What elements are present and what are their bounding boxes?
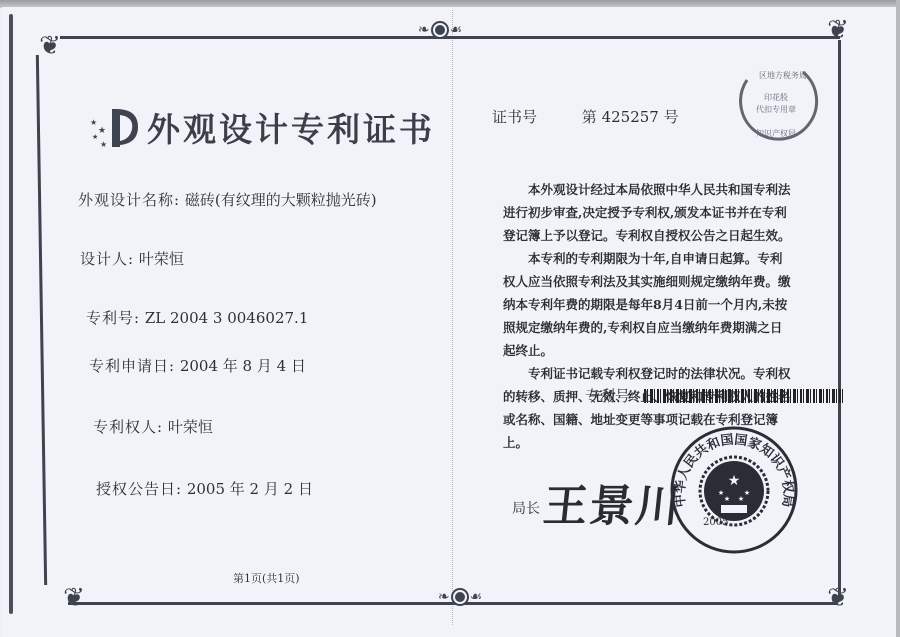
- svg-text:★: ★: [92, 133, 98, 141]
- patent-number-label: 专利号:: [86, 309, 140, 327]
- center-fold-line: [452, 10, 453, 625]
- barcode-label: 专利号: [585, 385, 630, 406]
- svg-text:知识产权局: 知识产权局: [756, 128, 796, 138]
- certificate-statement: 本外观设计经过本局依照中华人民共和国专利法进行初步审查,决定授予专利权,颁发本证…: [503, 178, 793, 454]
- design-name-value: 磁砖(有纹理的大颗粒抛光砖): [185, 191, 377, 209]
- field-design-name: 外观设计名称: 磁砖(有纹理的大颗粒抛光砖): [78, 189, 377, 210]
- svg-text:★: ★: [744, 489, 750, 497]
- svg-text:印花股: 印花股: [764, 92, 788, 102]
- copy-verification-stamp-icon: 印花股 代扣专用章 知识产权局 区地方税务局: [733, 60, 819, 146]
- svg-text:2005: 2005: [703, 517, 728, 528]
- paper-left-edge: [9, 14, 13, 614]
- field-patentee: 专利权人: 叶荣恒: [93, 416, 213, 437]
- director-signature: 王景川: [541, 470, 686, 534]
- svg-text:区地方税务局: 区地方税务局: [759, 70, 807, 80]
- director-signature-block: 局长 王景川: [512, 470, 682, 534]
- corner-ornament-top-left-icon: ❦: [34, 30, 66, 62]
- certificate-number: 证书号 第 425257 号: [492, 106, 679, 127]
- corner-ornament-bottom-left-icon: ❦: [58, 582, 90, 614]
- designer-label: 设计人:: [80, 250, 134, 268]
- statement-paragraph: 本外观设计经过本局依照中华人民共和国专利法进行初步审查,决定授予专利权,颁发本证…: [503, 178, 793, 247]
- field-designer: 设计人: 叶荣恒: [80, 248, 184, 269]
- scanner-edge-right: [896, 0, 900, 637]
- design-name-label: 外观设计名称:: [78, 191, 180, 209]
- official-seal-icon: 中华人民共和国国家知识产权局 ★ ★ ★ ★ ★ 2005: [669, 425, 799, 555]
- field-application-date: 专利申请日: 2004 年 8 月 4 日: [89, 355, 306, 376]
- patentee-label: 专利权人:: [93, 418, 163, 436]
- certificate-number-label: 证书号: [492, 108, 537, 126]
- director-label: 局长: [512, 498, 540, 518]
- patentee-value: 叶荣恒: [168, 418, 213, 436]
- patent-number-value: ZL 2004 3 0046027.1: [145, 309, 309, 327]
- certificate-number-value: 第 425257 号: [582, 108, 679, 126]
- svg-text:★: ★: [738, 495, 744, 503]
- svg-text:★: ★: [728, 473, 741, 489]
- frame-right-border: [838, 40, 841, 600]
- svg-text:★: ★: [98, 126, 106, 136]
- designer-value: 叶荣恒: [139, 250, 184, 268]
- corner-ornament-bottom-right-icon: ❦: [822, 582, 854, 614]
- patent-barcode: [644, 389, 844, 403]
- grant-date-value: 2005 年 2 月 2 日: [187, 480, 313, 498]
- statement-paragraph: 本专利的专利期限为十年,自申请日起算。专利权人应当依照专利法及其实施细则规定缴纳…: [503, 247, 793, 362]
- corner-ornament-top-right-icon: ❦: [822, 14, 854, 46]
- application-date-value: 2004 年 8 月 4 日: [180, 357, 306, 375]
- field-grant-date: 授权公告日: 2005 年 2 月 2 日: [96, 478, 313, 499]
- svg-text:★: ★: [100, 140, 107, 149]
- field-patent-number: 专利号: ZL 2004 3 0046027.1: [86, 307, 308, 328]
- page-indicator: 第1页(共1页): [233, 570, 300, 586]
- svg-text:★: ★: [90, 118, 97, 127]
- top-center-medallion-icon: ❧☙: [410, 23, 470, 37]
- bottom-center-medallion-icon: ❧☙: [430, 590, 490, 604]
- patent-barcode-row: 专利号: [585, 385, 844, 406]
- certificate-title: 外观设计专利证书: [147, 104, 435, 151]
- application-date-label: 专利申请日:: [89, 357, 175, 375]
- svg-text:代扣专用章: 代扣专用章: [756, 104, 796, 114]
- grant-date-label: 授权公告日:: [96, 480, 182, 498]
- svg-text:★: ★: [724, 495, 730, 503]
- sipo-logo-icon: ★ ★ ★ ★: [90, 105, 142, 149]
